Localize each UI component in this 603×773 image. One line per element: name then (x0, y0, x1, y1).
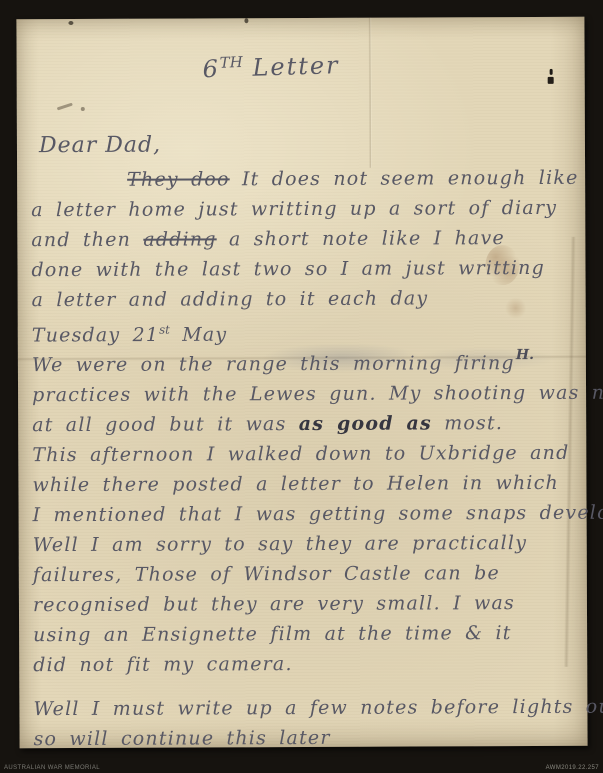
letter-line: while there posted a letter to Helen in … (32, 468, 580, 500)
text-segment: Well I am sorry to say they are practica… (33, 532, 527, 556)
letter-line: a letter and adding to it each day (32, 283, 580, 315)
text-segment: did not fit my camera. (33, 653, 293, 676)
letter-line: practices with the Lewes gun. My shootin… (32, 378, 580, 410)
archive-institution-label: AUSTRALIAN WAR MEMORIAL (4, 765, 100, 771)
letter-line: Well I am sorry to say they are practica… (33, 528, 581, 560)
vertical-fold-crease (368, 18, 372, 168)
text-segment: done with the last two so I am just writ… (31, 257, 545, 281)
letter-line: at all good but it was as good as most. (32, 408, 580, 440)
letter-line: and then adding a short note like I have (31, 223, 579, 255)
text-segment-sup: st (159, 323, 170, 337)
text-segment: a letter and adding to it each day (32, 287, 429, 311)
text-segment: practices with the Lewes gun. My shootin… (32, 382, 603, 407)
letter-line: done with the last two so I am just writ… (31, 253, 579, 285)
text-segment: failures, Those of Windsor Castle can be (33, 562, 500, 586)
text-segment: using an Ensignette film at the time & i… (33, 622, 512, 646)
scanned-letter-page: { "archive": { "institution": "AUSTRALIA… (0, 0, 603, 773)
text-segment: so will continue this later (34, 727, 331, 750)
salutation: Dear Dad, (39, 133, 161, 159)
text-segment: recognised but they are very small. I wa… (33, 592, 515, 616)
archive-reference-label: AWM2019.22.257 (546, 765, 599, 771)
letter-line: They doo It does not seem enough like (31, 163, 579, 195)
text-segment-bold: as good as (299, 413, 432, 436)
letter-paper-sheet: 6TH Letter Dear Dad, H. They doo It does… (16, 17, 587, 748)
text-segment-strike: They doo (127, 168, 230, 190)
text-segment: 6 (202, 55, 220, 84)
text-segment: It does not seem enough like (230, 167, 579, 191)
pencil-speck (57, 103, 73, 111)
letter-line: This afternoon I walked down to Uxbridge… (32, 438, 580, 470)
text-segment: Well I must write up a few notes before … (33, 696, 603, 721)
letter-line: a letter home just writting up a sort of… (31, 193, 579, 225)
letter-line: failures, Those of Windsor Castle can be (33, 558, 581, 590)
text-segment: while there posted a letter to Helen in … (32, 472, 559, 496)
text-segment: May (170, 324, 227, 346)
text-segment-strike: adding (143, 228, 216, 250)
letter-line: I mentioned that I was getting some snap… (33, 498, 581, 530)
text-segment: a letter home just writting up a sort of… (31, 197, 557, 221)
text-segment-sup: TH (219, 53, 242, 72)
text-segment: Tuesday 21 (32, 324, 159, 347)
text-segment: I mentioned that I was getting some snap… (33, 502, 603, 527)
text-segment: at all good but it was (32, 413, 299, 436)
text-segment: This afternoon I walked down to Uxbridge… (32, 442, 569, 466)
text-segment: a short note like I have (217, 227, 505, 250)
letter-line: We were on the range this morning firing (32, 348, 580, 380)
paper-edge-speck (244, 18, 248, 23)
text-segment: and then (31, 229, 143, 251)
letter-body: They doo It does not seem enough likea l… (31, 163, 582, 755)
letter-line: using an Ensignette film at the time & i… (33, 618, 581, 650)
letter-line: recognised but they are very small. I wa… (33, 588, 581, 620)
letter-line: did not fit my camera. (33, 648, 581, 680)
text-segment: most. (432, 412, 503, 434)
ink-blot-mark (548, 69, 554, 84)
pencil-speck (81, 107, 85, 111)
text-segment: We were on the range this morning firing (32, 352, 515, 376)
paper-edge-speck (68, 21, 73, 25)
letter-title: 6TH Letter (202, 50, 340, 83)
text-segment: Letter (242, 51, 340, 82)
letter-line: so will continue this later (33, 722, 581, 754)
letter-line: Well I must write up a few notes before … (33, 692, 581, 724)
letter-line: Tuesday 21st May (32, 313, 580, 351)
